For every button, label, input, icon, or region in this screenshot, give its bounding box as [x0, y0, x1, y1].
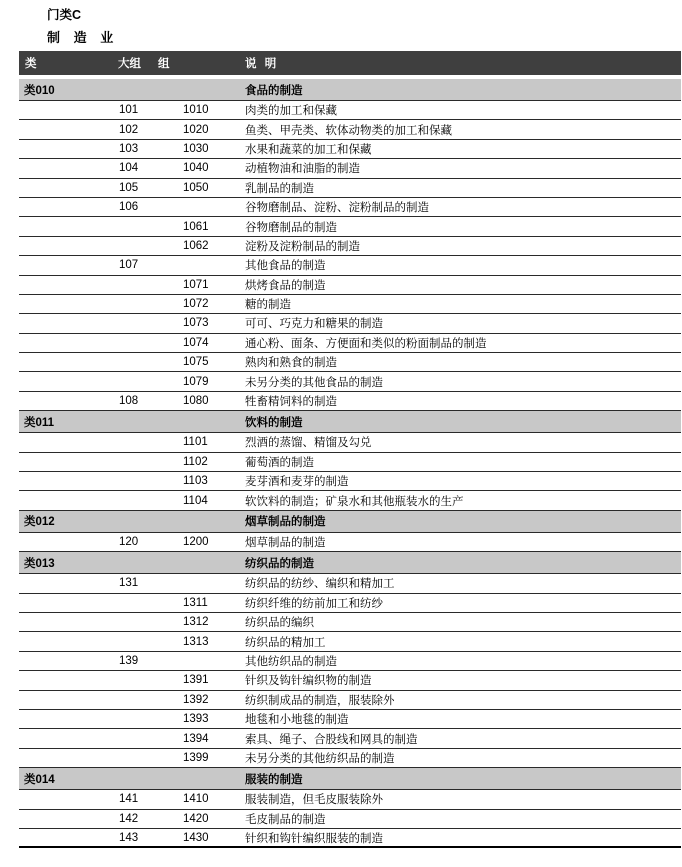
table-row: 1313纺织品的精加工: [19, 632, 681, 651]
table-row: 1101烈酒的蒸馏、精馏及勾兑: [19, 433, 681, 452]
group-code-cell: 1072: [183, 298, 209, 310]
description-cell: 未另分类的其他食品的制造: [245, 374, 383, 390]
document-page: { "page": { "title_code": "门类C", "title_…: [0, 0, 682, 867]
header-division-col: 大组: [118, 55, 141, 71]
class-code-cell: 类011: [24, 414, 54, 430]
division-code-cell: 107: [119, 259, 138, 271]
description-cell: 谷物磨制品、淀粉、淀粉制品的制造: [245, 199, 429, 215]
group-code-cell: 1430: [183, 832, 209, 844]
group-code-cell: 1062: [183, 240, 209, 252]
table-row: 1394索具、绳子、合股线和网具的制造: [19, 729, 681, 748]
class-code-cell: 类012: [24, 513, 55, 529]
division-code-cell: 102: [119, 124, 138, 136]
description-cell: 谷物磨制品的制造: [245, 219, 337, 235]
description-cell: 纺织制成品的制造，服装除外: [245, 692, 395, 708]
description-cell: 食品的制造: [245, 82, 303, 98]
description-cell: 淀粉及淀粉制品的制造: [245, 238, 360, 254]
table-row: 139其他纺织品的制造: [19, 652, 681, 671]
section-code: 门类C: [47, 7, 113, 23]
description-cell: 肉类的加工和保藏: [245, 102, 337, 118]
table-row: 1102葡萄酒的制造: [19, 453, 681, 472]
table-row: 1312纺织品的编织: [19, 613, 681, 632]
group-code-cell: 1104: [183, 495, 208, 507]
group-code-cell: 1020: [183, 124, 209, 136]
table-row: 131纺织品的纺纱、编织和精加工: [19, 574, 681, 593]
description-cell: 可可、巧克力和糖果的制造: [245, 315, 383, 331]
description-cell: 烘烤食品的制造: [245, 277, 326, 293]
group-code-cell: 1102: [183, 456, 208, 468]
group-code-cell: 1071: [183, 279, 209, 291]
table-row: 1103麦芽酒和麦芽的制造: [19, 472, 681, 491]
section-name: 制 造 业: [47, 27, 113, 46]
group-code-cell: 1079: [183, 376, 209, 388]
division-code-cell: 106: [119, 201, 138, 213]
description-cell: 糖的制造: [245, 296, 291, 312]
description-cell: 纺织品的精加工: [245, 634, 326, 650]
table-row: 1051050乳制品的制造: [19, 179, 681, 198]
table-row: 1081080牲畜精饲料的制造: [19, 392, 681, 411]
description-cell: 其他纺织品的制造: [245, 653, 337, 669]
description-cell: 地毯和小地毯的制造: [245, 711, 349, 727]
description-cell: 烈酒的蒸馏、精馏及勾兑: [245, 434, 372, 450]
description-cell: 水果和蔬菜的加工和保藏: [245, 141, 372, 157]
group-code-cell: 1030: [183, 143, 209, 155]
division-code-cell: 131: [119, 577, 138, 589]
table-row: 1393地毯和小地毯的制造: [19, 710, 681, 729]
table-row: 1011010肉类的加工和保藏: [19, 101, 681, 120]
class-code-cell: 类013: [24, 555, 55, 571]
group-code-cell: 1101: [183, 436, 208, 448]
division-code-cell: 142: [119, 813, 138, 825]
division-code-cell: 141: [119, 793, 138, 805]
description-cell: 饮料的制造: [245, 414, 303, 430]
group-code-cell: 1392: [183, 694, 209, 706]
table-row: 1071烘烤食品的制造: [19, 276, 681, 295]
section-row: 类014服装的制造: [19, 768, 681, 790]
class-code-cell: 类010: [24, 82, 55, 98]
group-code-cell: 1074: [183, 337, 209, 349]
table-row: 106谷物磨制品、淀粉、淀粉制品的制造: [19, 198, 681, 217]
group-code-cell: 1200: [183, 536, 209, 548]
group-code-cell: 1410: [183, 793, 209, 805]
table-row: 1201200烟草制品的制造: [19, 533, 681, 552]
group-code-cell: 1312: [183, 616, 209, 628]
description-cell: 烟草制品的制造: [245, 513, 326, 529]
table-row: 1075熟肉和熟食的制造: [19, 353, 681, 372]
table-row: 1104软饮料的制造；矿泉水和其他瓶装水的生产: [19, 491, 681, 510]
table-row: 1061谷物磨制品的制造: [19, 217, 681, 236]
division-code-cell: 104: [119, 162, 138, 174]
division-code-cell: 120: [119, 536, 138, 548]
section-row: 类011饮料的制造: [19, 411, 681, 433]
group-code-cell: 1080: [183, 395, 209, 407]
description-cell: 动植物油和油脂的制造: [245, 160, 360, 176]
table-row: 107其他食品的制造: [19, 256, 681, 275]
section-row: 类012烟草制品的制造: [19, 511, 681, 533]
description-cell: 鱼类、甲壳类、软体动物类的加工和保藏: [245, 122, 452, 138]
description-cell: 熟肉和熟食的制造: [245, 354, 337, 370]
description-cell: 乳制品的制造: [245, 180, 314, 196]
header-class-col: 类: [25, 55, 37, 71]
division-code-cell: 139: [119, 655, 138, 667]
description-cell: 索具、绳子、合股线和网具的制造: [245, 731, 418, 747]
group-code-cell: 1399: [183, 752, 209, 764]
table-row: 1421420毛皮制品的制造: [19, 810, 681, 829]
table-row: 1079未另分类的其他食品的制造: [19, 372, 681, 391]
group-code-cell: 1010: [183, 104, 209, 116]
description-cell: 麦芽酒和麦芽的制造: [245, 473, 349, 489]
group-code-cell: 1393: [183, 713, 209, 725]
table-header-row: 类 大组 组 说 明: [19, 51, 681, 75]
section-row: 类010食品的制造: [19, 79, 681, 101]
group-code-cell: 1061: [183, 221, 209, 233]
description-cell: 纺织品的制造: [245, 555, 314, 571]
group-code-cell: 1311: [183, 597, 208, 609]
group-code-cell: 1391: [183, 674, 209, 686]
table-row: 1021020鱼类、甲壳类、软体动物类的加工和保藏: [19, 120, 681, 139]
division-code-cell: 101: [119, 104, 138, 116]
group-code-cell: 1420: [183, 813, 209, 825]
table-body: 类010食品的制造1011010肉类的加工和保藏1021020鱼类、甲壳类、软体…: [19, 79, 681, 848]
description-cell: 其他食品的制造: [245, 257, 326, 273]
division-code-cell: 143: [119, 832, 138, 844]
header-group-col: 组: [158, 55, 170, 71]
group-code-cell: 1075: [183, 356, 209, 368]
description-cell: 牲畜精饲料的制造: [245, 393, 337, 409]
table-row: 1073可可、巧克力和糖果的制造: [19, 314, 681, 333]
description-cell: 纺织品的纺纱、编织和精加工: [245, 575, 395, 591]
section-row: 类013纺织品的制造: [19, 552, 681, 574]
division-code-cell: 103: [119, 143, 138, 155]
description-cell: 针织及钩针编织物的制造: [245, 672, 372, 688]
table-row: 1072糖的制造: [19, 295, 681, 314]
division-code-cell: 105: [119, 182, 138, 194]
description-cell: 烟草制品的制造: [245, 534, 326, 550]
description-cell: 未另分类的其他纺织品的制造: [245, 750, 395, 766]
header-description-col: 说 明: [245, 55, 276, 71]
table-row: 1031030水果和蔬菜的加工和保藏: [19, 140, 681, 159]
description-cell: 软饮料的制造；矿泉水和其他瓶装水的生产: [245, 493, 464, 509]
table-row: 1041040动植物油和油脂的制造: [19, 159, 681, 178]
group-code-cell: 1103: [183, 475, 208, 487]
description-cell: 服装制造，但毛皮服装除外: [245, 791, 383, 807]
table-row: 1399未另分类的其他纺织品的制造: [19, 749, 681, 768]
table-row: 1391针织及钩针编织物的制造: [19, 671, 681, 690]
description-cell: 针织和钩针编织服装的制造: [245, 830, 383, 846]
description-cell: 通心粉、面条、方便面和类似的粉面制品的制造: [245, 335, 487, 351]
group-code-cell: 1313: [183, 636, 209, 648]
description-cell: 纺织纤维的纺前加工和纺纱: [245, 595, 383, 611]
description-cell: 服装的制造: [245, 771, 303, 787]
table-row: 1074通心粉、面条、方便面和类似的粉面制品的制造: [19, 334, 681, 353]
group-code-cell: 1394: [183, 733, 209, 745]
table-row: 1062淀粉及淀粉制品的制造: [19, 237, 681, 256]
document-title: 门类C 制 造 业: [47, 7, 113, 46]
group-code-cell: 1073: [183, 317, 209, 329]
description-cell: 毛皮制品的制造: [245, 811, 326, 827]
table-row: 1431430针织和钩针编织服装的制造: [19, 829, 681, 848]
class-code-cell: 类014: [24, 771, 55, 787]
table-row: 1411410服装制造，但毛皮服装除外: [19, 790, 681, 809]
group-code-cell: 1050: [183, 182, 209, 194]
division-code-cell: 108: [119, 395, 138, 407]
table-row: 1311纺织纤维的纺前加工和纺纱: [19, 594, 681, 613]
classification-table: 类 大组 组 说 明 类010食品的制造1011010肉类的加工和保藏10210…: [19, 51, 681, 848]
description-cell: 纺织品的编织: [245, 614, 314, 630]
table-row: 1392纺织制成品的制造，服装除外: [19, 691, 681, 710]
description-cell: 葡萄酒的制造: [245, 454, 314, 470]
group-code-cell: 1040: [183, 162, 209, 174]
